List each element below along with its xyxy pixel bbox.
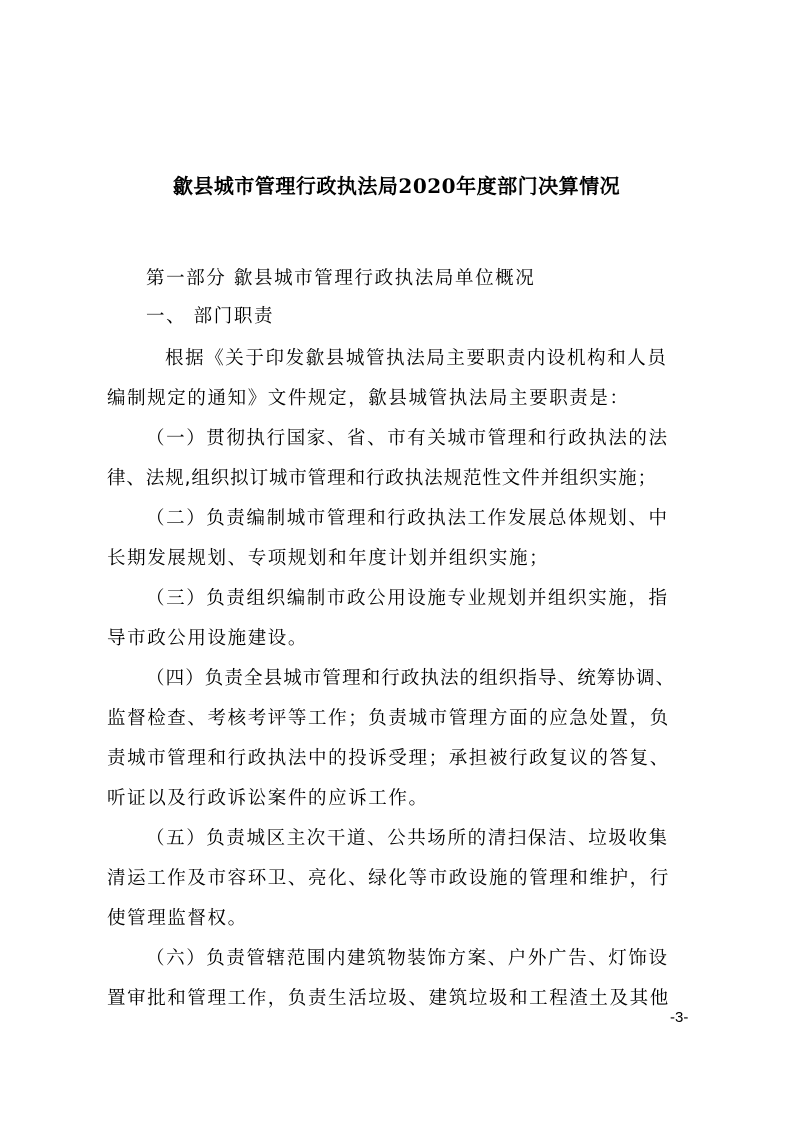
paragraph-line: 导市政公用设施建设。: [107, 624, 308, 650]
paragraph-line: （五）负责城区主次干道、公共场所的清扫保洁、垃圾收集: [146, 824, 669, 850]
paragraph-line: （三）负责组织编制市政公用设施专业规划并组织实施，指: [146, 584, 669, 610]
paragraph-line: （四）负责全县城市管理和行政执法的组织指导、统筹协调、: [146, 664, 675, 690]
paragraph-line: 监督检查、考核考评等工作；负责城市管理方面的应急处置，负: [107, 704, 670, 730]
page-number: -3-: [670, 1009, 688, 1026]
paragraph-line: （六）负责管辖范围内建筑物装饰方案、户外广告、灯饰设: [146, 944, 669, 970]
paragraph-line: 律、法规,组织拟订城市管理和行政执法规范性文件并组织实施；: [107, 464, 657, 490]
document-title: 歙县城市管理行政执法局2020年度部门决算情况: [0, 170, 793, 199]
paragraph-line: 编制规定的通知》文件规定，歙县城管执法局主要职责是：: [107, 384, 630, 410]
paragraph-line: （一）贯彻执行国家、省、市有关城市管理和行政执法的法: [146, 424, 669, 450]
paragraph-line: 清运工作及市容环卫、亮化、绿化等市政设施的管理和维护，行: [107, 864, 670, 890]
paragraph-line: 长期发展规划、专项规划和年度计划并组织实施；: [107, 544, 549, 570]
part-heading: 第一部分 歙县城市管理行政执法局单位概况: [146, 264, 535, 290]
paragraph-line: 使管理监督权。: [107, 904, 248, 930]
paragraph-line: 根据《关于印发歙县城管执法局主要职责内设机构和人员: [165, 344, 668, 370]
paragraph-line: （二）负责编制城市管理和行政执法工作发展总体规划、中: [146, 504, 669, 530]
paragraph-line: 置审批和管理工作，负责生活垃圾、建筑垃圾和工程渣土及其他: [107, 984, 670, 1010]
paragraph-line: 听证以及行政诉讼案件的应诉工作。: [107, 784, 429, 810]
section-heading: 一、 部门职责: [146, 302, 274, 328]
paragraph-line: 责城市管理和行政执法中的投诉受理；承担被行政复议的答复、: [107, 744, 670, 770]
